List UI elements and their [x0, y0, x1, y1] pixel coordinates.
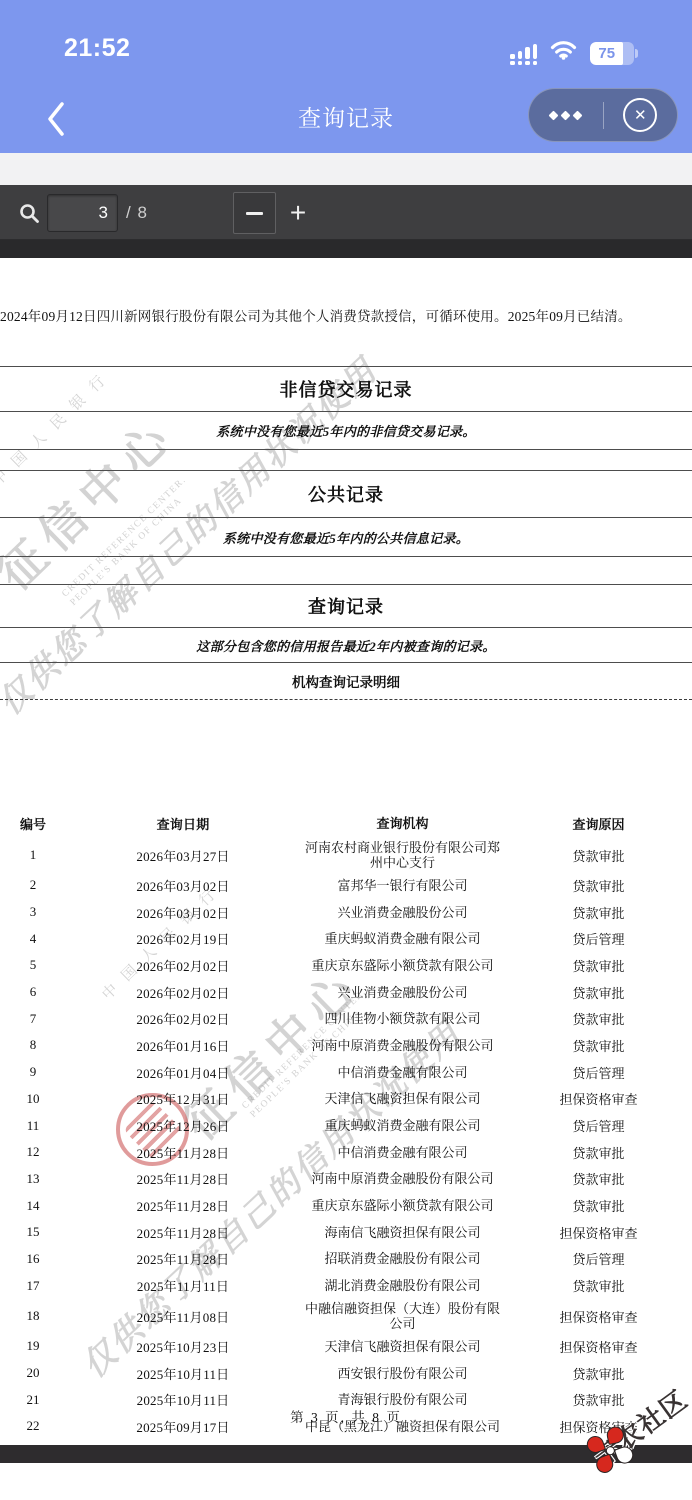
cell-org: 河南中原消费金融股份有限公司: [300, 1036, 505, 1055]
header-spacer: [0, 153, 692, 185]
close-button[interactable]: ✕: [604, 89, 678, 141]
cell-org: 重庆蚂蚁消费金融有限公司: [300, 1116, 505, 1135]
cell-reason: 贷款审批: [505, 1276, 692, 1295]
cell-date: 2026年01月04日: [66, 1063, 300, 1082]
cell-org: 河南中原消费金融股份有限公司: [300, 1169, 505, 1188]
plus-icon: +: [290, 197, 306, 229]
section-note-query: 这部分包含您的信用报告最近2年内被查询的记录。: [0, 628, 692, 663]
page-footer: 第 3 页, 共 8 页: [0, 1406, 692, 1426]
cell-org: 重庆蚂蚁消费金融有限公司: [300, 929, 505, 948]
cell-no: 13: [0, 1171, 66, 1187]
cell-date: 2025年11月11日: [66, 1276, 300, 1295]
page-number-input[interactable]: 3: [47, 194, 118, 232]
cell-date: 2025年10月11日: [66, 1364, 300, 1383]
cell-reason: 担保资格审查: [505, 1089, 692, 1108]
cell-reason: 担保资格审查: [505, 1223, 692, 1242]
cell-org: 中信消费金融有限公司: [300, 1063, 505, 1082]
cell-org: 湖北消费金融股份有限公司: [300, 1276, 505, 1295]
cell-date: 2025年10月23日: [66, 1337, 300, 1356]
col-header-reason: 查询原因: [505, 814, 692, 833]
cell-reason: 贷款审批: [505, 1009, 692, 1028]
cell-org: 重庆京东盛际小额贷款有限公司: [300, 956, 505, 975]
cell-date: 2026年02月02日: [66, 1009, 300, 1028]
table-title: 机构查询记录明细: [0, 663, 692, 700]
table-row: 9 2026年01月04日 中信消费金融有限公司 贷后管理: [0, 1059, 692, 1086]
table-row: 13 2025年11月28日 河南中原消费金融股份有限公司 贷款审批: [0, 1166, 692, 1193]
cell-reason: 担保资格审查: [505, 1337, 692, 1356]
cell-date: 2026年03月27日: [66, 846, 300, 865]
cell-date: 2026年02月02日: [66, 956, 300, 975]
nav-bar: 查询记录 ✕: [0, 85, 692, 153]
table-row: 14 2025年11月28日 重庆京东盛际小额贷款有限公司 贷款审批: [0, 1192, 692, 1219]
cell-no: 1: [0, 847, 66, 863]
cell-no: 5: [0, 957, 66, 973]
cell-org: 河南农村商业银行股份有限公司郑州中心支行: [300, 838, 505, 872]
cell-org: 四川佳物小额贷款有限公司: [300, 1009, 505, 1028]
cell-org: 重庆京东盛际小额贷款有限公司: [300, 1196, 505, 1215]
table-body: 1 2026年03月27日 河南农村商业银行股份有限公司郑州中心支行 贷款审批 …: [0, 838, 692, 1445]
cell-org: 兴业消费金融股份公司: [300, 903, 505, 922]
cellular-signal-icon: [510, 44, 537, 65]
zoom-in-button[interactable]: +: [281, 192, 315, 234]
cell-no: 14: [0, 1198, 66, 1214]
cell-reason: 贷款审批: [505, 846, 692, 865]
cell-reason: 贷款审批: [505, 903, 692, 922]
cell-date: 2026年02月02日: [66, 983, 300, 1002]
table-row: 11 2025年12月26日 重庆蚂蚁消费金融有限公司 贷后管理: [0, 1112, 692, 1139]
cell-date: 2026年02月19日: [66, 929, 300, 948]
cell-date: 2026年01月16日: [66, 1036, 300, 1055]
col-header-no: 编号: [0, 814, 66, 833]
app-header: 21:52 75: [0, 0, 692, 153]
report-sections: 非信贷交易记录 系统中没有您最近5年内的非信贷交易记录。 公共记录 系统中没有您…: [0, 366, 692, 700]
viewer-gap: [0, 240, 692, 258]
cell-no: 20: [0, 1365, 66, 1381]
cell-date: 2026年03月02日: [66, 903, 300, 922]
page-total-label: / 8: [126, 185, 148, 240]
cell-no: 4: [0, 931, 66, 947]
cell-org: 天津信飞融资担保有限公司: [300, 1089, 505, 1108]
pdf-page: 中国人民银行 征信中心 CREDIT REFERENCE CENTER. PEO…: [0, 258, 692, 1445]
cell-reason: 贷后管理: [505, 1116, 692, 1135]
status-bar: 21:52 75: [0, 0, 692, 85]
more-options-button[interactable]: [529, 89, 603, 141]
table-row: 12 2025年11月28日 中信消费金融有限公司 贷款审批: [0, 1139, 692, 1166]
cell-reason: 贷款审批: [505, 1364, 692, 1383]
wifi-icon: [550, 40, 577, 65]
ellipsis-icon: [550, 112, 581, 119]
cell-reason: 担保资格审查: [505, 1307, 692, 1326]
cell-reason: 贷款审批: [505, 876, 692, 895]
col-header-org: 查询机构: [300, 814, 505, 833]
table-header-row: 编号 查询日期 查询机构 查询原因: [0, 808, 692, 838]
cell-date: 2025年12月31日: [66, 1089, 300, 1108]
cell-no: 11: [0, 1118, 66, 1134]
cell-reason: 贷款审批: [505, 983, 692, 1002]
minus-icon: [246, 212, 263, 215]
cell-no: 10: [0, 1091, 66, 1107]
close-circle-icon: ✕: [623, 98, 657, 132]
pdf-toolbar: 3 / 8 +: [0, 185, 692, 240]
cell-reason: 贷款审批: [505, 1169, 692, 1188]
table-row: 5 2026年02月02日 重庆京东盛际小额贷款有限公司 贷款审批: [0, 952, 692, 979]
cell-date: 2025年11月28日: [66, 1249, 300, 1268]
cell-no: 8: [0, 1037, 66, 1053]
col-header-date: 查询日期: [66, 814, 300, 833]
table-row: 8 2026年01月16日 河南中原消费金融股份有限公司 贷款审批: [0, 1032, 692, 1059]
clock: 21:52: [64, 34, 130, 63]
table-row: 16 2025年11月28日 招联消费金融股份有限公司 贷后管理: [0, 1246, 692, 1273]
table-row: 17 2025年11月11日 湖北消费金融股份有限公司 贷款审批: [0, 1272, 692, 1299]
cell-date: 2025年11月08日: [66, 1307, 300, 1326]
cell-org: 海南信飞融资担保有限公司: [300, 1223, 505, 1242]
zoom-out-button[interactable]: [233, 192, 276, 234]
cell-no: 19: [0, 1338, 66, 1354]
table-row: 6 2026年02月02日 兴业消费金融股份公司 贷款审批: [0, 979, 692, 1006]
miniprogram-capsule: ✕: [528, 88, 678, 142]
section-note-non-credit: 系统中没有您最近5年内的非信贷交易记录。: [0, 412, 692, 450]
cell-reason: 贷款审批: [505, 1036, 692, 1055]
section-note-public: 系统中没有您最近5年内的公共信息记录。: [0, 518, 692, 557]
cell-date: 2025年11月28日: [66, 1169, 300, 1188]
cell-reason: 贷后管理: [505, 929, 692, 948]
cell-no: 6: [0, 984, 66, 1000]
cell-reason: 贷款审批: [505, 1196, 692, 1215]
search-button[interactable]: [14, 199, 44, 227]
cell-org: 西安银行股份有限公司: [300, 1364, 505, 1383]
cell-org: 兴业消费金融股份公司: [300, 983, 505, 1002]
table-row: 18 2025年11月08日 中融信融资担保（大连）股份有限公司 担保资格审查: [0, 1299, 692, 1333]
cell-no: 2: [0, 877, 66, 893]
section-title-query: 查询记录: [0, 585, 692, 628]
table-row: 19 2025年10月23日 天津信飞融资担保有限公司 担保资格审查: [0, 1333, 692, 1360]
table-row: 4 2026年02月19日 重庆蚂蚁消费金融有限公司 贷后管理: [0, 925, 692, 952]
table-row: 1 2026年03月27日 河南农村商业银行股份有限公司郑州中心支行 贷款审批: [0, 838, 692, 872]
cell-date: 2025年12月26日: [66, 1116, 300, 1135]
cell-reason: 贷款审批: [505, 1143, 692, 1162]
cell-org: 招联消费金融股份有限公司: [300, 1249, 505, 1268]
table-row: 20 2025年10月11日 西安银行股份有限公司 贷款审批: [0, 1360, 692, 1387]
cell-org: 中融信融资担保（大连）股份有限公司: [300, 1299, 505, 1333]
cell-no: 18: [0, 1308, 66, 1324]
loan-summary-text: 2024年09月12日四川新网银行股份有限公司为其他个人消费贷款授信，可循环使用…: [0, 308, 660, 325]
search-icon: [19, 203, 40, 224]
cell-date: 2025年11月28日: [66, 1196, 300, 1215]
battery-icon: 75: [590, 42, 638, 65]
back-button[interactable]: [36, 97, 76, 141]
cell-org: 中信消费金融有限公司: [300, 1143, 505, 1162]
cell-no: 17: [0, 1278, 66, 1294]
table-row: 10 2025年12月31日 天津信飞融资担保有限公司 担保资格审查: [0, 1086, 692, 1113]
cell-org: 天津信飞融资担保有限公司: [300, 1337, 505, 1356]
cell-date: 2025年09月13日: [66, 1444, 300, 1445]
cell-reason: 贷款审批: [505, 956, 692, 975]
cell-no: 7: [0, 1011, 66, 1027]
cell-org: 海南信飞融资担保有限公司: [300, 1444, 505, 1445]
current-page: 3: [99, 203, 108, 223]
cell-no: 15: [0, 1224, 66, 1240]
cell-org: 富邦华一银行有限公司: [300, 876, 505, 895]
cell-date: 2025年11月28日: [66, 1223, 300, 1242]
cell-reason: 贷后管理: [505, 1249, 692, 1268]
chevron-left-icon: [45, 100, 67, 138]
query-records-table: 编号 查询日期 查询机构 查询原因 1 2026年03月27日 河南农村商业银行…: [0, 808, 692, 1445]
table-row: 3 2026年03月02日 兴业消费金融股份公司 贷款审批: [0, 899, 692, 926]
cell-no: 9: [0, 1064, 66, 1080]
battery-percent: 75: [590, 42, 623, 65]
cell-reason: 贷后管理: [505, 1063, 692, 1082]
section-title-public: 公共记录: [0, 471, 692, 518]
cell-no: 12: [0, 1144, 66, 1160]
cell-date: 2026年03月02日: [66, 876, 300, 895]
cell-no: 3: [0, 904, 66, 920]
section-title-non-credit: 非信贷交易记录: [0, 367, 692, 412]
section-spacer: [0, 557, 692, 585]
cell-no: 16: [0, 1251, 66, 1267]
section-spacer: [0, 450, 692, 471]
table-row: 15 2025年11月28日 海南信飞融资担保有限公司 担保资格审查: [0, 1219, 692, 1246]
table-row: 2 2026年03月02日 富邦华一银行有限公司 贷款审批: [0, 872, 692, 899]
cell-date: 2025年11月28日: [66, 1143, 300, 1162]
table-row: 7 2026年02月02日 四川佳物小额贷款有限公司 贷款审批: [0, 1005, 692, 1032]
